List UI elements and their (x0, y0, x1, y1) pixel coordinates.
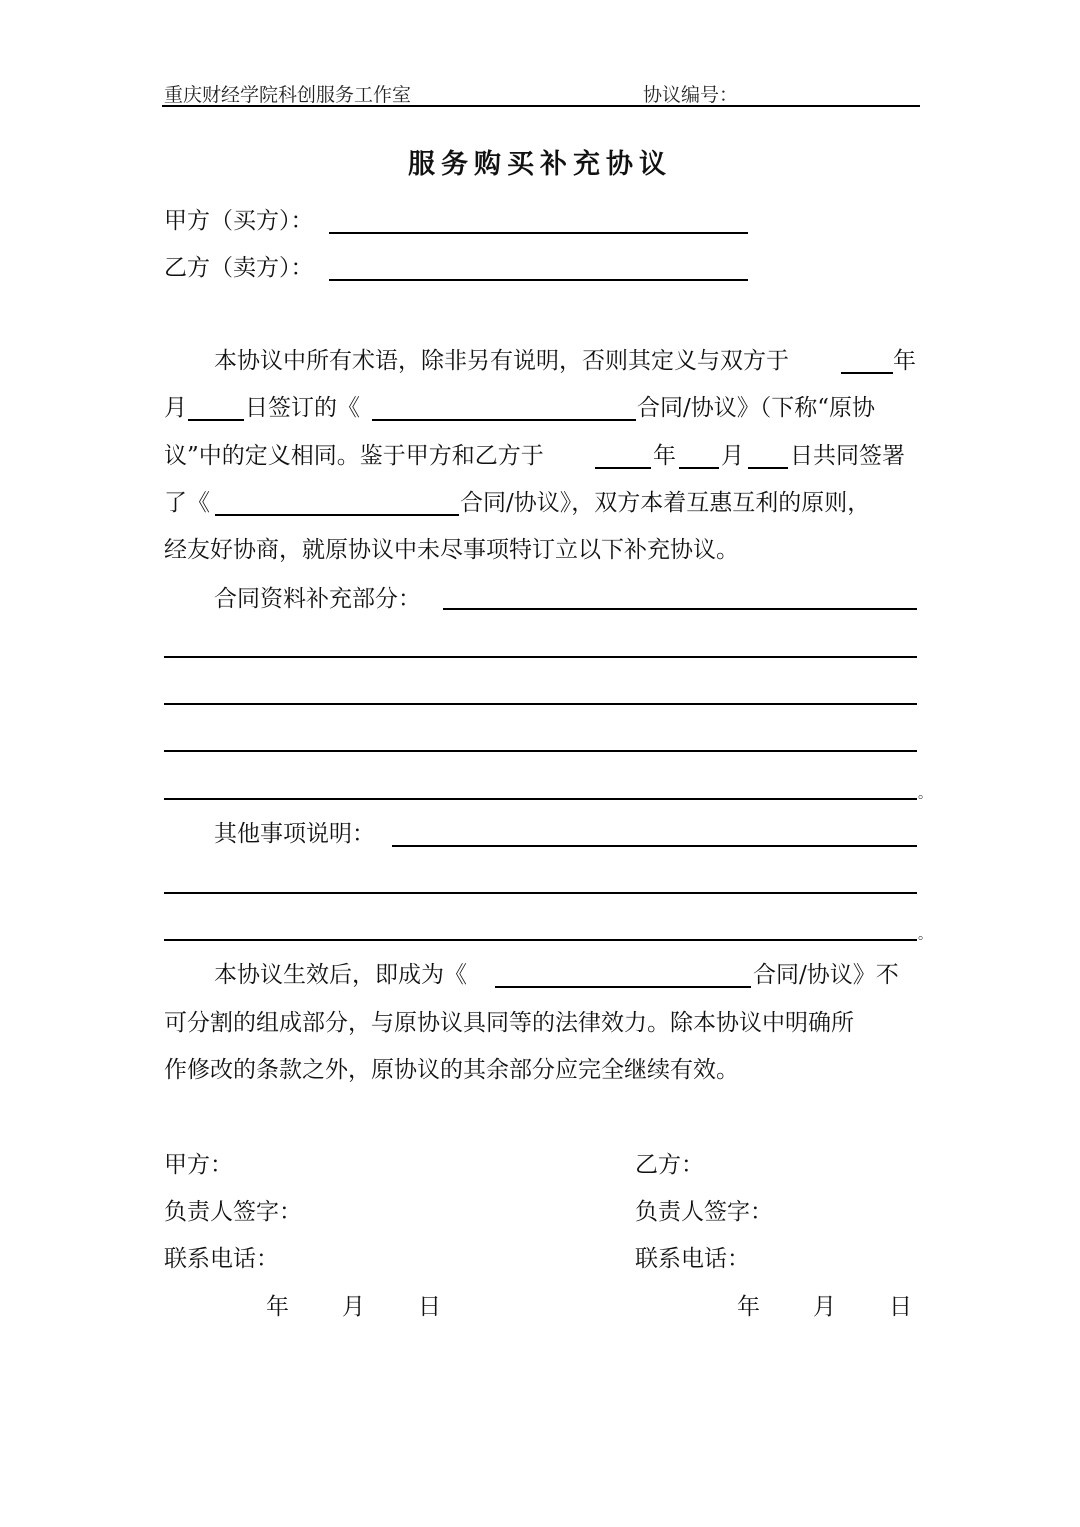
sig-party-b-year: 年 (737, 1293, 760, 1321)
p1-line1-text: 本协议中所有术语，除非另有说明，否则其定义与双方于 (214, 347, 789, 375)
p1-line2-tail: 合同/协议》（下称“原协 (637, 394, 875, 422)
header-rule (162, 105, 920, 107)
p1-line3-year: 年 (653, 442, 676, 470)
other-matters-field-line-2[interactable] (164, 892, 917, 894)
other-matters-period: 。 (918, 924, 932, 944)
p1-day-signed-text: 日签订的《 (245, 394, 360, 422)
supplement-field-line-4[interactable] (164, 750, 917, 752)
sig-party-b-phone-label: 联系电话： (635, 1245, 750, 1273)
header-org: 重庆财经学院科创服务工作室 (164, 80, 411, 107)
sig-party-a-phone-label: 联系电话： (164, 1245, 279, 1273)
supplement-label: 合同资料补充部分： (214, 585, 421, 613)
supplement-field-line-1[interactable] (443, 608, 917, 610)
sig-party-b-month: 月 (813, 1293, 836, 1321)
sig-party-a-signer-label: 负责人签字： (164, 1198, 302, 1226)
co-sign-day-field[interactable] (748, 467, 788, 469)
p2-line2-text: 可分割的组成部分，与原协议具同等的法律效力。除本协议中明确所 (164, 1009, 854, 1037)
supplement-field-line-2[interactable] (164, 656, 917, 658)
supplement-field-line-5[interactable] (164, 798, 917, 800)
party-a-label: 甲方（买方）： (164, 207, 314, 235)
orig-contract-name-field[interactable] (372, 419, 636, 421)
party-b-field[interactable] (329, 279, 748, 281)
supplement-field-line-3[interactable] (164, 703, 917, 705)
p1-month-label: 月 (164, 394, 187, 422)
p1-line3-text: 议”中的定义相同。鉴于甲方和乙方于 (164, 442, 544, 470)
sig-party-b-day: 日 (889, 1293, 912, 1321)
sig-party-b-signer-label: 负责人签字： (635, 1198, 773, 1226)
agreement-number-label: 协议编号： (643, 80, 738, 107)
sig-party-a-day: 日 (418, 1293, 441, 1321)
p1-year-label: 年 (893, 347, 916, 375)
co-signed-contract-name-field[interactable] (215, 514, 459, 516)
supplement-period: 。 (918, 783, 932, 803)
party-b-label: 乙方（卖方）： (164, 254, 314, 282)
co-sign-month-field[interactable] (679, 467, 719, 469)
p1-line3-tail: 日共同签署 (790, 442, 905, 470)
p2-line3-text: 作修改的条款之外，原协议的其余部分应完全继续有效。 (164, 1056, 739, 1084)
effective-contract-name-field[interactable] (495, 986, 751, 988)
p1-line4-tail: 合同/协议》，双方本着互惠互利的原则， (460, 489, 870, 517)
other-matters-field-line-1[interactable] (392, 845, 917, 847)
sig-party-a-year: 年 (266, 1293, 289, 1321)
party-a-field[interactable] (329, 232, 748, 234)
p1-line3-month: 月 (721, 442, 744, 470)
p2-line1-tail: 合同/协议》不 (753, 961, 899, 989)
document-title: 服务购买补充协议 (0, 142, 1080, 181)
sig-party-a-label: 甲方： (164, 1151, 233, 1179)
orig-sign-year-field[interactable] (841, 372, 893, 374)
other-matters-label: 其他事项说明： (214, 820, 375, 848)
p2-line1-head: 本协议生效后，即成为《 (214, 961, 467, 989)
p1-line5-text: 经友好协商，就原协议中未尽事项特订立以下补充协议。 (164, 536, 739, 564)
co-sign-year-field[interactable] (595, 467, 651, 469)
other-matters-field-line-3[interactable] (164, 939, 917, 941)
sig-party-a-month: 月 (342, 1293, 365, 1321)
p1-line4-head: 了《 (164, 489, 210, 517)
sig-party-b-label: 乙方： (635, 1151, 704, 1179)
orig-sign-month-field[interactable] (188, 419, 244, 421)
